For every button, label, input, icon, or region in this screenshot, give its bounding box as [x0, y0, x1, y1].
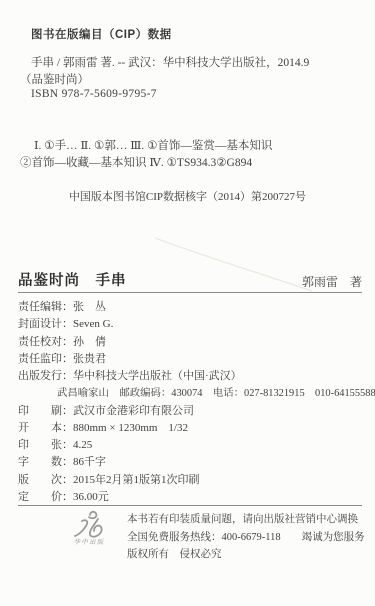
colophon-row-address: 武昌喻家山 邮政编码：430074 电话：027-81321915 010-64…: [18, 385, 369, 402]
row-label: 开 本：: [18, 420, 73, 437]
colophon-row-word-count: 字 数：86千字: [18, 454, 369, 471]
row-label: 责任编辑：: [18, 299, 73, 316]
row-value: 张贵君: [73, 353, 106, 365]
huazhong-press-logo-icon: [70, 509, 110, 539]
divider-rule-bottom: [18, 505, 362, 506]
colophon-row-proofreader: 责任校对：孙 倩: [18, 334, 369, 351]
row-label: 出版发行：: [18, 368, 73, 385]
colophon-row-sheets: 印 张：4.25: [18, 437, 369, 454]
copyright-note: 版权所有 侵权必究: [127, 546, 365, 564]
row-value: 华中科技大学出版社（中国·武汉）: [73, 370, 242, 382]
footer-notes: 本书若有印装质量问题，请向出版社营销中心调换 全国免费服务热线：400-6679…: [127, 511, 365, 564]
book-author: 郭雨雷 著: [302, 273, 362, 290]
cip-entry-line: 手串 / 郭雨雷 著. -- 武汉：华中科技大学出版社，2014.9: [31, 54, 309, 70]
colophon-row-editor: 责任编辑：张 丛: [18, 299, 369, 316]
colophon-block: 责任编辑：张 丛 封面设计：Seven G. 责任校对：孙 倩 责任监印：张贵君…: [18, 299, 369, 506]
row-label: 封面设计：: [18, 316, 73, 333]
colophon-row-cover-design: 封面设计：Seven G.: [18, 316, 369, 333]
row-label: 版 次：: [18, 472, 73, 489]
isbn-line: ISBN 978-7-5609-9795-7: [31, 88, 157, 100]
row-label: 印 张：: [18, 437, 73, 454]
colophon-row-publisher: 出版发行：华中科技大学出版社（中国·武汉）: [18, 368, 369, 385]
row-value: 86千字: [73, 456, 106, 468]
row-label: 字 数：: [18, 454, 73, 471]
cip-classification-line-2: ②首饰—收藏—基本知识 Ⅳ. ①TS934.3②G894: [20, 154, 252, 170]
row-value: 2015年2月第1版第1次印刷: [73, 474, 200, 486]
row-value: 4.25: [73, 439, 92, 451]
publisher-logo-caption: 华中出版: [70, 537, 108, 546]
book-title: 品鉴时尚 手串: [18, 269, 127, 290]
colophon-row-format: 开 本：880mm × 1230mm 1/32: [18, 420, 369, 437]
cip-record-number: 中国版本图书馆CIP数据核字（2014）第200727号: [0, 188, 375, 204]
colophon-row-edition: 版 次：2015年2月第1版第1次印刷: [18, 472, 369, 489]
imprint-page: 图书在版编目（CIP）数据 手串 / 郭雨雷 著. -- 武汉：华中科技大学出版…: [0, 0, 375, 606]
cip-series-line: （品鉴时尚）: [20, 71, 89, 87]
row-value: 36.00元: [73, 491, 109, 503]
row-value: 张 丛: [73, 301, 106, 313]
colophon-row-print-supervisor: 责任监印：张贵君: [18, 351, 369, 368]
row-value: Seven G.: [73, 318, 113, 330]
row-value: 武昌喻家山 邮政编码：430074 电话：027-81321915 010-64…: [57, 388, 375, 399]
row-label: 印 刷：: [18, 403, 73, 420]
row-value: 武汉市金港彩印有限公司: [73, 405, 194, 417]
row-label: 定 价：: [18, 489, 73, 506]
cip-classification-line-1: Ⅰ. ①手… Ⅱ. ①郭… Ⅲ. ①首饰—鉴赏—基本知识: [34, 137, 272, 153]
title-row: 品鉴时尚 手串 郭雨雷 著: [18, 269, 362, 290]
row-label: 责任监印：: [18, 351, 73, 368]
colophon-row-price: 定 价：36.00元: [18, 489, 369, 506]
row-label: 责任校对：: [18, 334, 73, 351]
row-value: 880mm × 1230mm 1/32: [73, 422, 188, 434]
row-value: 孙 倩: [73, 336, 106, 348]
quality-note: 本书若有印装质量问题，请向出版社营销中心调换: [127, 511, 365, 529]
colophon-row-printer: 印 刷：武汉市金港彩印有限公司: [18, 403, 369, 420]
divider-rule-top: [18, 292, 362, 293]
hotline-note: 全国免费服务热线：400-6679-118 竭诚为您服务: [127, 529, 365, 547]
cip-header: 图书在版编目（CIP）数据: [31, 26, 172, 42]
